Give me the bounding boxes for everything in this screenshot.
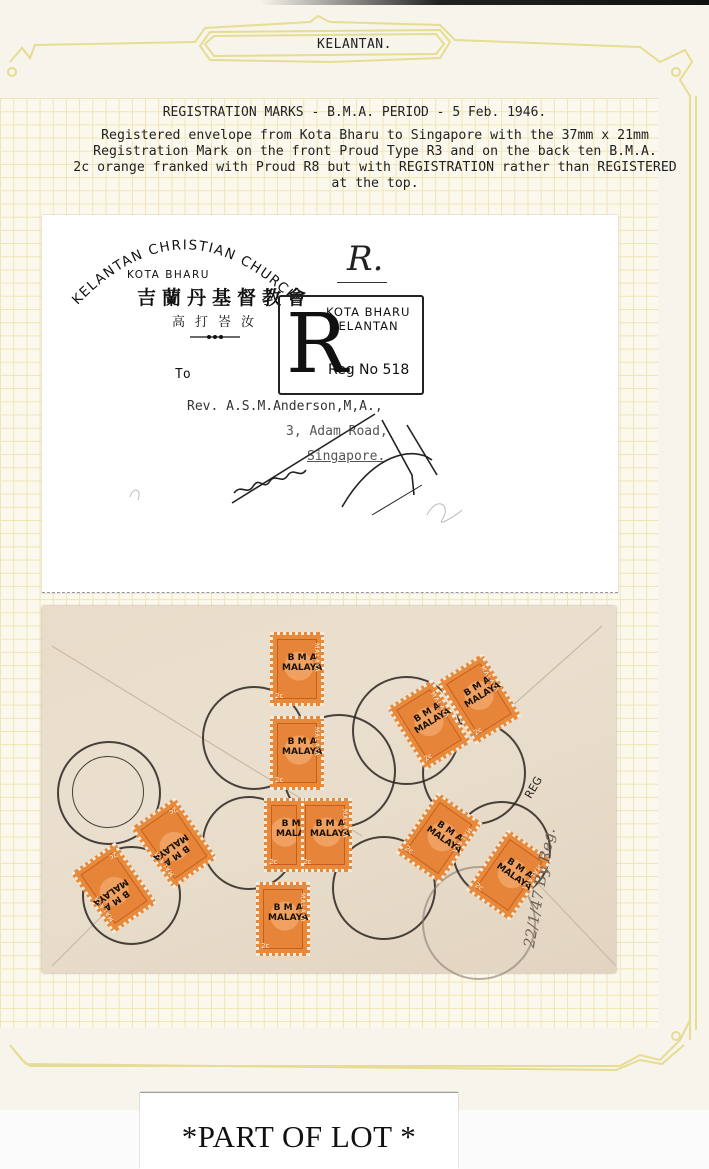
envelope-front: KELANTAN CHRISTIAN CHURCH KOTA BHARU 吉蘭丹… [42,215,618,593]
bma-stamp: B M AMALAYAMALAYA2c [256,882,310,956]
envelope-back: B M AMALAYAMALAYA2c B M AMALAYAMALAYA2c … [42,606,616,973]
album-page: KELANTAN. REGISTRATION MARKS - B.M.A. PE… [0,0,709,1125]
part-of-lot-label: *PART OF LOT * [140,1093,458,1169]
part-of-lot-text: *PART OF LOT * [140,1119,458,1155]
bma-stamp: B M AMALAYAMALAYA2c [270,716,324,790]
bma-stamp: B M AMALAYAMALAYA2c [270,632,324,706]
page-header-title: KELANTAN. [0,37,709,52]
section-subtitle: REGISTRATION MARKS - B.M.A. PERIOD - 5 F… [0,105,709,120]
description-text: Registered envelope from Kota Bharu to S… [60,128,690,192]
envelope-edge [42,589,618,593]
bma-stamp: B M AMALAYAMALAYA2c [298,798,352,872]
bma-stamp: B M AMALAYA2c [264,798,304,872]
signature-scribble-icon [42,215,618,593]
postmark-inner-ring [72,756,144,828]
